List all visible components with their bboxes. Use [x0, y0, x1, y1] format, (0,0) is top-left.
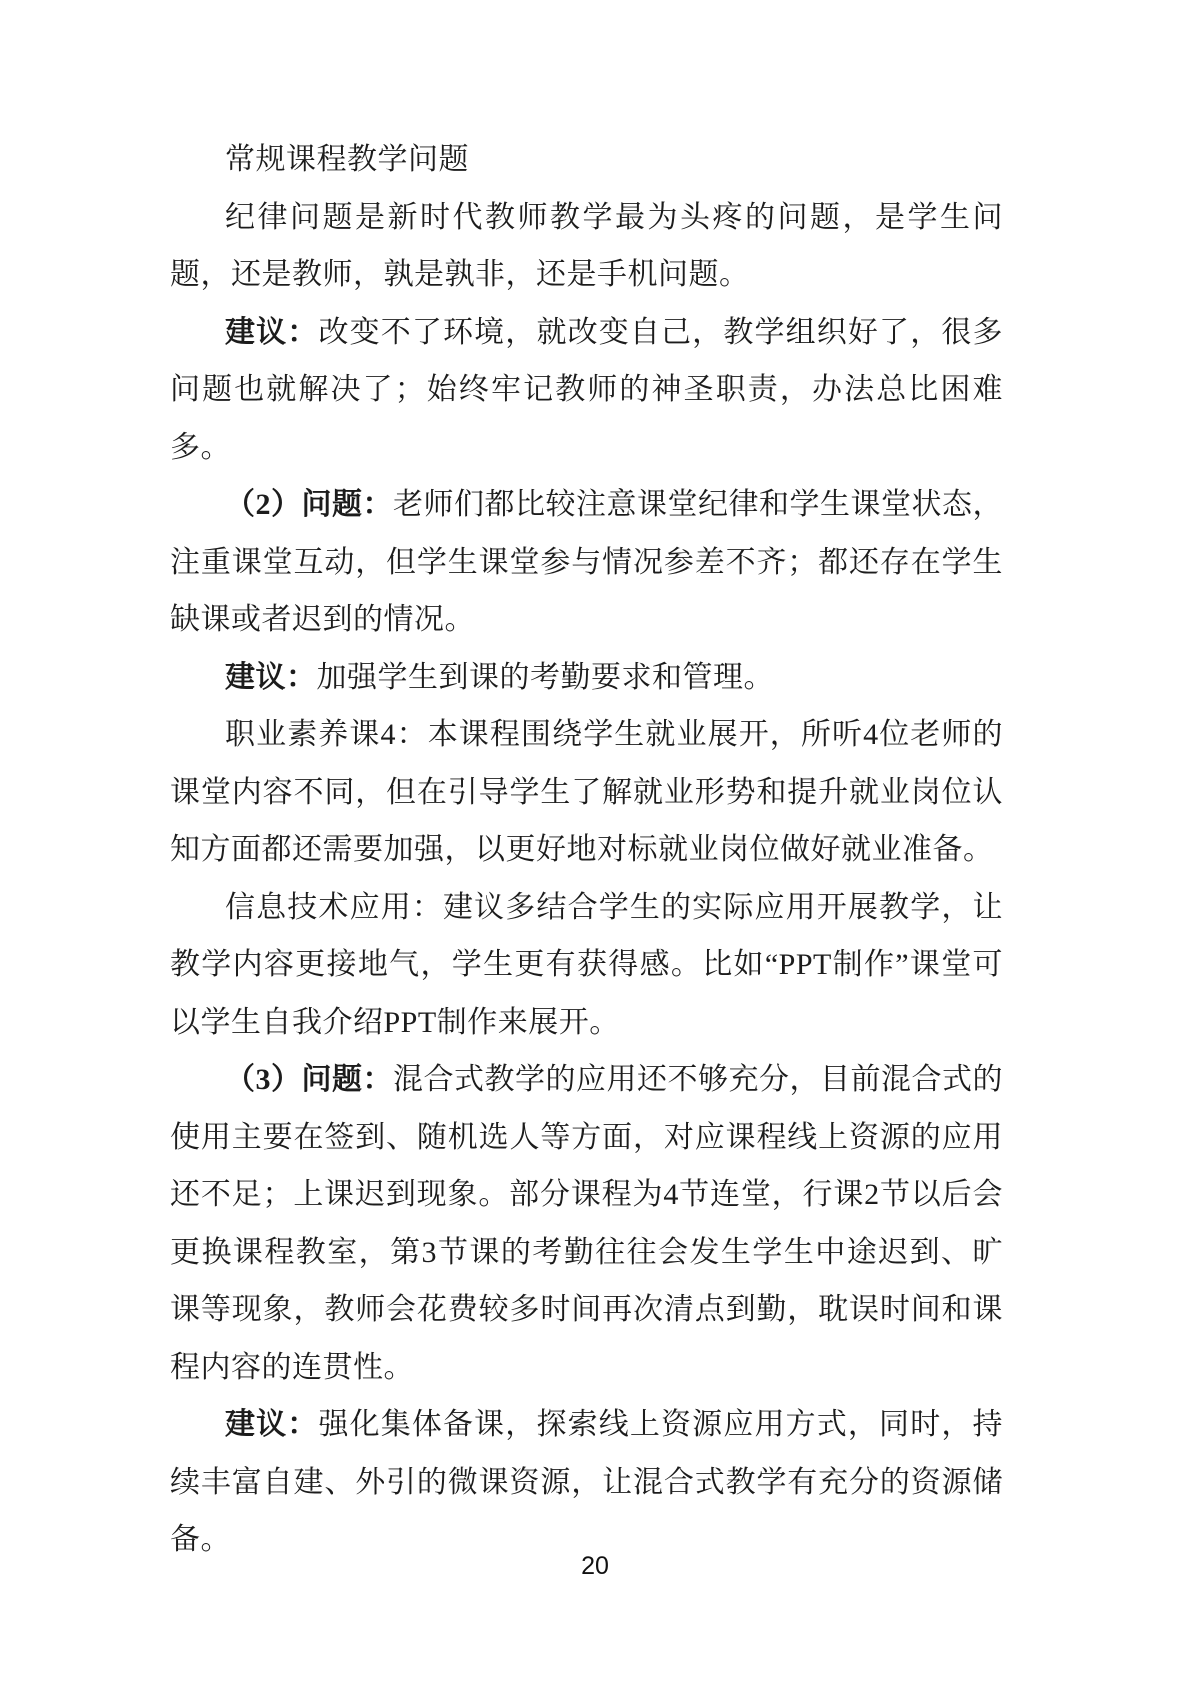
paragraph-text: 纪律问题是新时代教师教学最为头疼的问题，是学生问题，还是教师，孰是孰非，还是手机… [170, 201, 1003, 292]
paragraph-lead-bold: （3）问题： [225, 1063, 393, 1096]
paragraph: 信息技术应用：建议多结合学生的实际应用开展教学，让教学内容更接地气，学生更有获得… [170, 879, 1003, 1052]
paragraph: 建议：加强学生到课的考勤要求和管理。 [170, 649, 1003, 707]
paragraph-text: 加强学生到课的考勤要求和管理。 [317, 661, 775, 694]
paragraph-text: 职业素养课4：本课程围绕学生就业展开，所听4位老师的课堂内容不同，但在引导学生了… [170, 718, 1003, 866]
paragraph-text: 混合式教学的应用还不够充分，目前混合式的使用主要在签到、随机选人等方面，对应课程… [170, 1063, 1003, 1384]
document-page: 常规课程教学问题纪律问题是新时代教师教学最为头疼的问题，是学生问题，还是教师，孰… [0, 0, 1190, 1683]
paragraph: 职业素养课4：本课程围绕学生就业展开，所听4位老师的课堂内容不同，但在引导学生了… [170, 706, 1003, 879]
paragraph: 建议：强化集体备课，探索线上资源应用方式，同时，持续丰富自建、外引的微课资源，让… [170, 1396, 1003, 1569]
paragraph-text: 常规课程教学问题 [225, 143, 469, 176]
page-footer: 20 [0, 1552, 1190, 1581]
paragraph-lead-bold: 建议： [225, 316, 318, 349]
paragraph: 纪律问题是新时代教师教学最为头疼的问题，是学生问题，还是教师，孰是孰非，还是手机… [170, 189, 1003, 304]
paragraph: 常规课程教学问题 [170, 131, 1003, 189]
paragraph-lead-bold: （2）问题： [225, 488, 393, 521]
paragraph-text: 信息技术应用：建议多结合学生的实际应用开展教学，让教学内容更接地气，学生更有获得… [170, 891, 1003, 1039]
document-body: 常规课程教学问题纪律问题是新时代教师教学最为头疼的问题，是学生问题，还是教师，孰… [170, 131, 1003, 1569]
paragraph: （2）问题：老师们都比较注意课堂纪律和学生课堂状态，注重课堂互动，但学生课堂参与… [170, 476, 1003, 649]
paragraph: 建议：改变不了环境，就改变自己，教学组织好了，很多问题也就解决了；始终牢记教师的… [170, 304, 1003, 477]
paragraph-lead-bold: 建议： [225, 1408, 318, 1441]
paragraph: （3）问题：混合式教学的应用还不够充分，目前混合式的使用主要在签到、随机选人等方… [170, 1051, 1003, 1396]
page-number: 20 [581, 1552, 609, 1580]
paragraph-lead-bold: 建议： [225, 661, 317, 694]
